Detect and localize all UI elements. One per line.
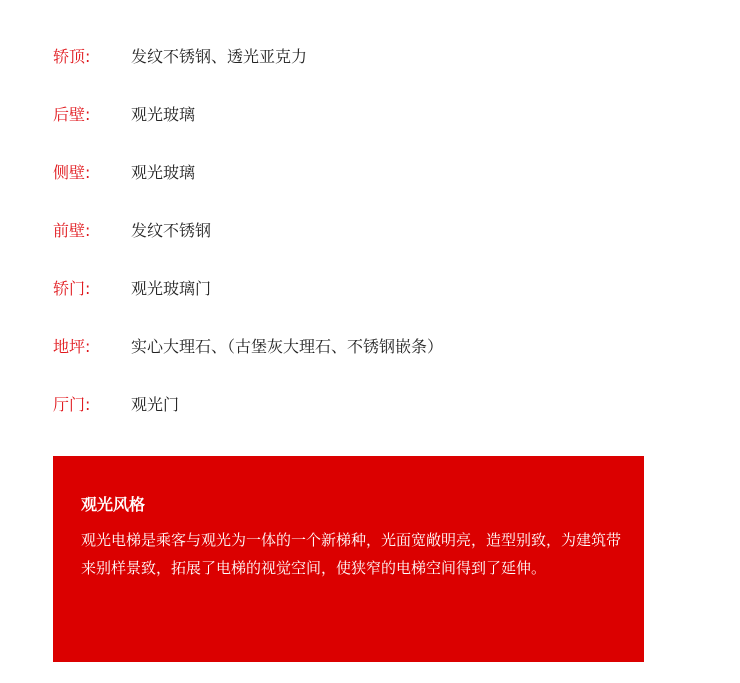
spec-label: 轿门: [53,279,131,299]
spec-label: 侧壁: [53,163,131,183]
feature-description: 观光电梯是乘客与观光为一体的一个新梯种，光面宽敞明亮，造型别致，为建筑带来别样景… [81,526,621,582]
spec-row-floor: 地坪: 实心大理石、（古堡灰大理石、不锈钢嵌条） [53,318,443,376]
spec-row-car-ceiling: 轿顶: 发纹不锈钢、透光亚克力 [53,28,443,86]
spec-value: 发纹不锈钢 [131,221,211,241]
feature-box: 观光风格 观光电梯是乘客与观光为一体的一个新梯种，光面宽敞明亮，造型别致，为建筑… [53,456,644,662]
spec-row-front-wall: 前壁: 发纹不锈钢 [53,202,443,260]
spec-value: 观光玻璃 [131,105,195,125]
spec-row-rear-wall: 后壁: 观光玻璃 [53,86,443,144]
spec-list: 轿顶: 发纹不锈钢、透光亚克力 后壁: 观光玻璃 侧壁: 观光玻璃 前壁: 发纹… [53,28,443,434]
spec-label: 地坪: [53,337,131,357]
spec-value: 观光玻璃 [131,163,195,183]
spec-value: 观光玻璃门 [131,279,211,299]
spec-label: 厅门: [53,395,131,415]
spec-row-landing-door: 厅门: 观光门 [53,376,443,434]
spec-row-side-wall: 侧壁: 观光玻璃 [53,144,443,202]
spec-label: 前壁: [53,221,131,241]
spec-label: 后壁: [53,105,131,125]
spec-row-car-door: 轿门: 观光玻璃门 [53,260,443,318]
feature-title: 观光风格 [81,494,616,516]
spec-value: 发纹不锈钢、透光亚克力 [131,47,307,67]
spec-value: 观光门 [131,395,179,415]
spec-label: 轿顶: [53,47,131,67]
spec-value: 实心大理石、（古堡灰大理石、不锈钢嵌条） [131,337,443,357]
